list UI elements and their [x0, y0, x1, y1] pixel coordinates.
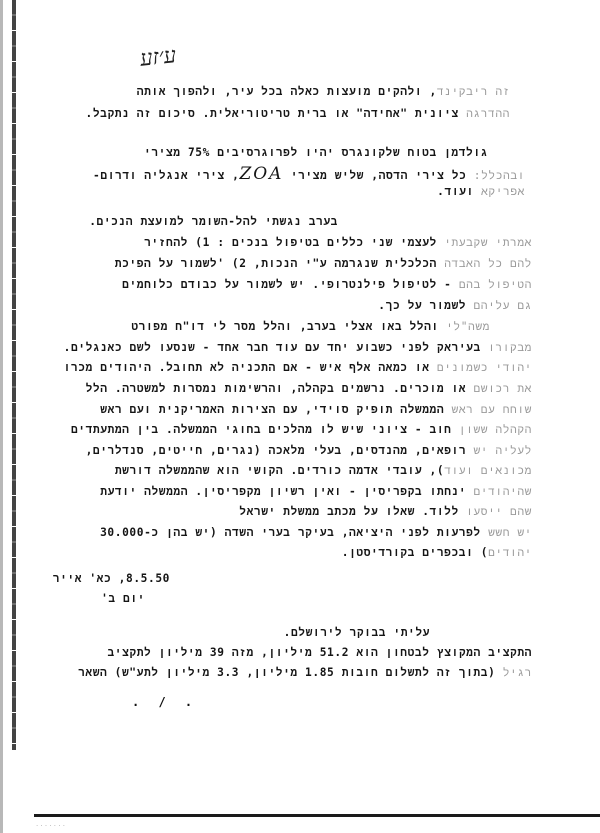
- typed-text: או כמאה אלף איש - אם התכניה לא תחובל. הי…: [64, 361, 437, 374]
- tel-hashomer-paragraph-line: בערב נגשתי להל-השומר למועצת הנכים.: [89, 215, 338, 229]
- typed-text: , צירי אנגליה ודרום-: [93, 169, 239, 182]
- handwritten-page-number: ﬠ׳זﬠ: [139, 42, 178, 72]
- goldman-paragraph-line: גולדמן בטוח שלקונגרס יהיו לפרוגרסיבים 75…: [144, 146, 488, 160]
- faded-text: משה"לי: [446, 320, 490, 333]
- iraq-report-paragraph-line: משה"לי והלל באו אצלי בערב, והלל מסר לי ד…: [131, 320, 490, 334]
- faded-text: הטיפול בהם: [459, 278, 532, 291]
- faded-text: מכונאים ועוד: [444, 464, 532, 477]
- typed-text: הכלכלית שנגרמה ע"י הנכות, 2) 'לשמור על ה…: [115, 257, 444, 270]
- faded-text: גם עליהם: [473, 299, 532, 312]
- bottom-scan-noise: · · · · · · ·: [36, 822, 65, 830]
- iraq-report-paragraph-line: הקהלה ששון חוב - ציוני שיש לו מהלכים בחו…: [71, 423, 532, 437]
- iraq-report-paragraph-line: שוחח עם ראש הממשלה תופיק סוידי, עם הצירו…: [100, 403, 532, 417]
- typed-text: לשמור על כך.: [378, 299, 473, 312]
- typed-text: הממשלה תופיק סוידי, עם הצירות האמריקנית …: [100, 403, 451, 416]
- typed-text: לפרעות לפני היציאה, בעיקר בערי השדה (יש …: [100, 526, 488, 539]
- typed-text: רופאים, מהנדסים, בעלי מלאכה (נגרים, חייט…: [86, 444, 474, 457]
- iraq-report-paragraph-line: את רכושם או מוכרים. נרשמים בקהלה, והרשימ…: [86, 382, 532, 396]
- typed-text: ינחתו בקפריסין - ואין רשיון מקפריסין. המ…: [100, 485, 473, 498]
- scan-left-edge: [0, 0, 3, 833]
- typed-text: ציונית "אחידה" או ברית טריטוריאלית. סיכו…: [86, 107, 467, 120]
- typed-text: ללוד. שאלו על מכתב ממשלת ישראל: [239, 505, 466, 518]
- faded-text: לעליה יש: [473, 444, 532, 457]
- faded-text: זה ריבקינד: [437, 85, 510, 98]
- iraq-report-paragraph-line: שהיהודים ינחתו בקפריסין - ואין רשיון מקפ…: [100, 485, 532, 499]
- iraq-report-paragraph-line: לעליה יש רופאים, מהנדסים, בעלי מלאכה (נג…: [86, 444, 532, 458]
- page-bottom-edge: [34, 814, 600, 817]
- faded-text: אפריקא: [481, 185, 525, 198]
- binding-shadow-line: [12, 0, 16, 750]
- typed-text: - לטיפול פילנטרופי. יש לשמור על כבודם כל…: [122, 278, 459, 291]
- jerusalem-budget-line: התקציב המקוצץ לבטחון הוא 51.2 מיליון, מז…: [107, 646, 532, 660]
- diary-date: 8.5.50, כא' אייר: [53, 572, 170, 586]
- typed-text: כל צירי הדסה, שליש מצירי: [283, 169, 473, 182]
- page-end-mark: . / .: [132, 695, 198, 709]
- tel-hashomer-paragraph-line: גם עליהם לשמור על כך.: [378, 299, 532, 313]
- faded-text: ההדרגה: [466, 107, 510, 120]
- typed-text: והלל באו אצלי בערב, והלל מסר לי דו"ח מפו…: [131, 320, 446, 333]
- iraq-report-paragraph-line: מכונאים ועוד), עובדי אדמה כורדים. הקושי …: [115, 464, 532, 478]
- typed-text: , ולהקים מועצות כאלה בכל עיר, ולהפוך אות…: [137, 85, 437, 98]
- tel-hashomer-paragraph-line: הטיפול בהם - לטיפול פילנטרופי. יש לשמור …: [122, 278, 532, 292]
- typed-text: חוב - ציוני שיש לו מהלכים בחוגי הממשלה. …: [71, 423, 459, 436]
- faded-text: להם כל האבדה: [444, 257, 532, 270]
- handwritten-insertion: ZOA: [239, 164, 283, 184]
- faded-text: ובהכלל:: [474, 169, 525, 182]
- faded-text: את רכושם: [473, 382, 532, 395]
- faded-text: יהודים: [488, 546, 532, 559]
- faded-text: שהיהודים: [473, 485, 532, 498]
- typed-text: גולדמן בטוח שלקונגרס יהיו לפרוגרסיבים 75…: [144, 146, 488, 159]
- faded-text: רגיל: [503, 666, 532, 679]
- typed-text: ), עובדי אדמה כורדים. הקושי הוא שהממשלה …: [115, 464, 444, 477]
- faded-text: הקהלה ששון: [459, 423, 532, 436]
- tel-hashomer-paragraph-line: להם כל האבדה הכלכלית שנגרמה ע"י הנכות, 2…: [115, 257, 532, 271]
- faded-text: שוחח עם ראש: [452, 403, 533, 416]
- typed-text: בערב נגשתי להל-השומר למועצת הנכים.: [89, 215, 338, 228]
- faded-text: מבקורו: [488, 341, 532, 354]
- iraq-report-paragraph-line: יהודים) ובכפרים בקורדיסטן.: [342, 546, 532, 560]
- iraq-report-paragraph-line: יהודי כשמונים או כמאה אלף איש - אם התכני…: [64, 361, 532, 375]
- iraq-report-paragraph-line: שהם ייסעו ללוד. שאלו על מכתב ממשלת ישראל: [239, 505, 532, 519]
- typed-text: ) ובכפרים בקורדיסטן.: [342, 546, 488, 559]
- faded-text: יש חשש: [488, 526, 532, 539]
- faded-text: אמרתי שקבעתי: [444, 236, 532, 249]
- typed-text: בעיראק לפני כשבוע יחד עם עוד חבר אחד - ש…: [64, 341, 489, 354]
- iraq-report-paragraph-line: יש חשש לפרעות לפני היציאה, בעיקר בערי הש…: [100, 526, 532, 540]
- typed-text: התקציב המקוצץ לבטחון הוא 51.2 מיליון, מז…: [107, 646, 532, 659]
- faded-text: יהודי כשמונים: [437, 361, 532, 374]
- tel-hashomer-paragraph-line: אמרתי שקבעתי לעצמי שני כללים בטיפול בנכי…: [144, 236, 532, 250]
- rikind-paragraph-line: זה ריבקינד, ולהקים מועצות כאלה בכל עיר, …: [137, 85, 510, 99]
- typed-text: לעצמי שני כללים בטיפול בנכים : 1) להחזיר: [144, 236, 444, 249]
- typed-text: עליתי בבוקר לירושלם.: [284, 626, 430, 639]
- goldman-paragraph-line: ובהכלל: כל צירי הדסה, שליש מצירי ZOA, צי…: [93, 164, 525, 184]
- typed-text: ועוד.: [437, 185, 481, 198]
- jerusalem-budget-line: רגיל (בתוך זה לתשלום חובות 1.85 מיליון, …: [78, 666, 532, 680]
- typed-text: (בתוך זה לתשלום חובות 1.85 מיליון, 3.3 מ…: [78, 666, 503, 679]
- rikind-paragraph-line: ההדרגה ציונית "אחידה" או ברית טריטוריאלי…: [86, 107, 510, 121]
- typed-text: או מוכרים. נרשמים בקהלה, והרשימות נמסרות…: [86, 382, 474, 395]
- jerusalem-budget-line: עליתי בבוקר לירושלם.: [284, 626, 430, 640]
- faded-text: שהם ייסעו: [466, 505, 532, 518]
- iraq-report-paragraph-line: מבקורו בעיראק לפני כשבוע יחד עם עוד חבר …: [64, 341, 532, 355]
- goldman-paragraph-line: אפריקא ועוד.: [437, 185, 525, 199]
- diary-weekday: יום ב': [101, 592, 145, 606]
